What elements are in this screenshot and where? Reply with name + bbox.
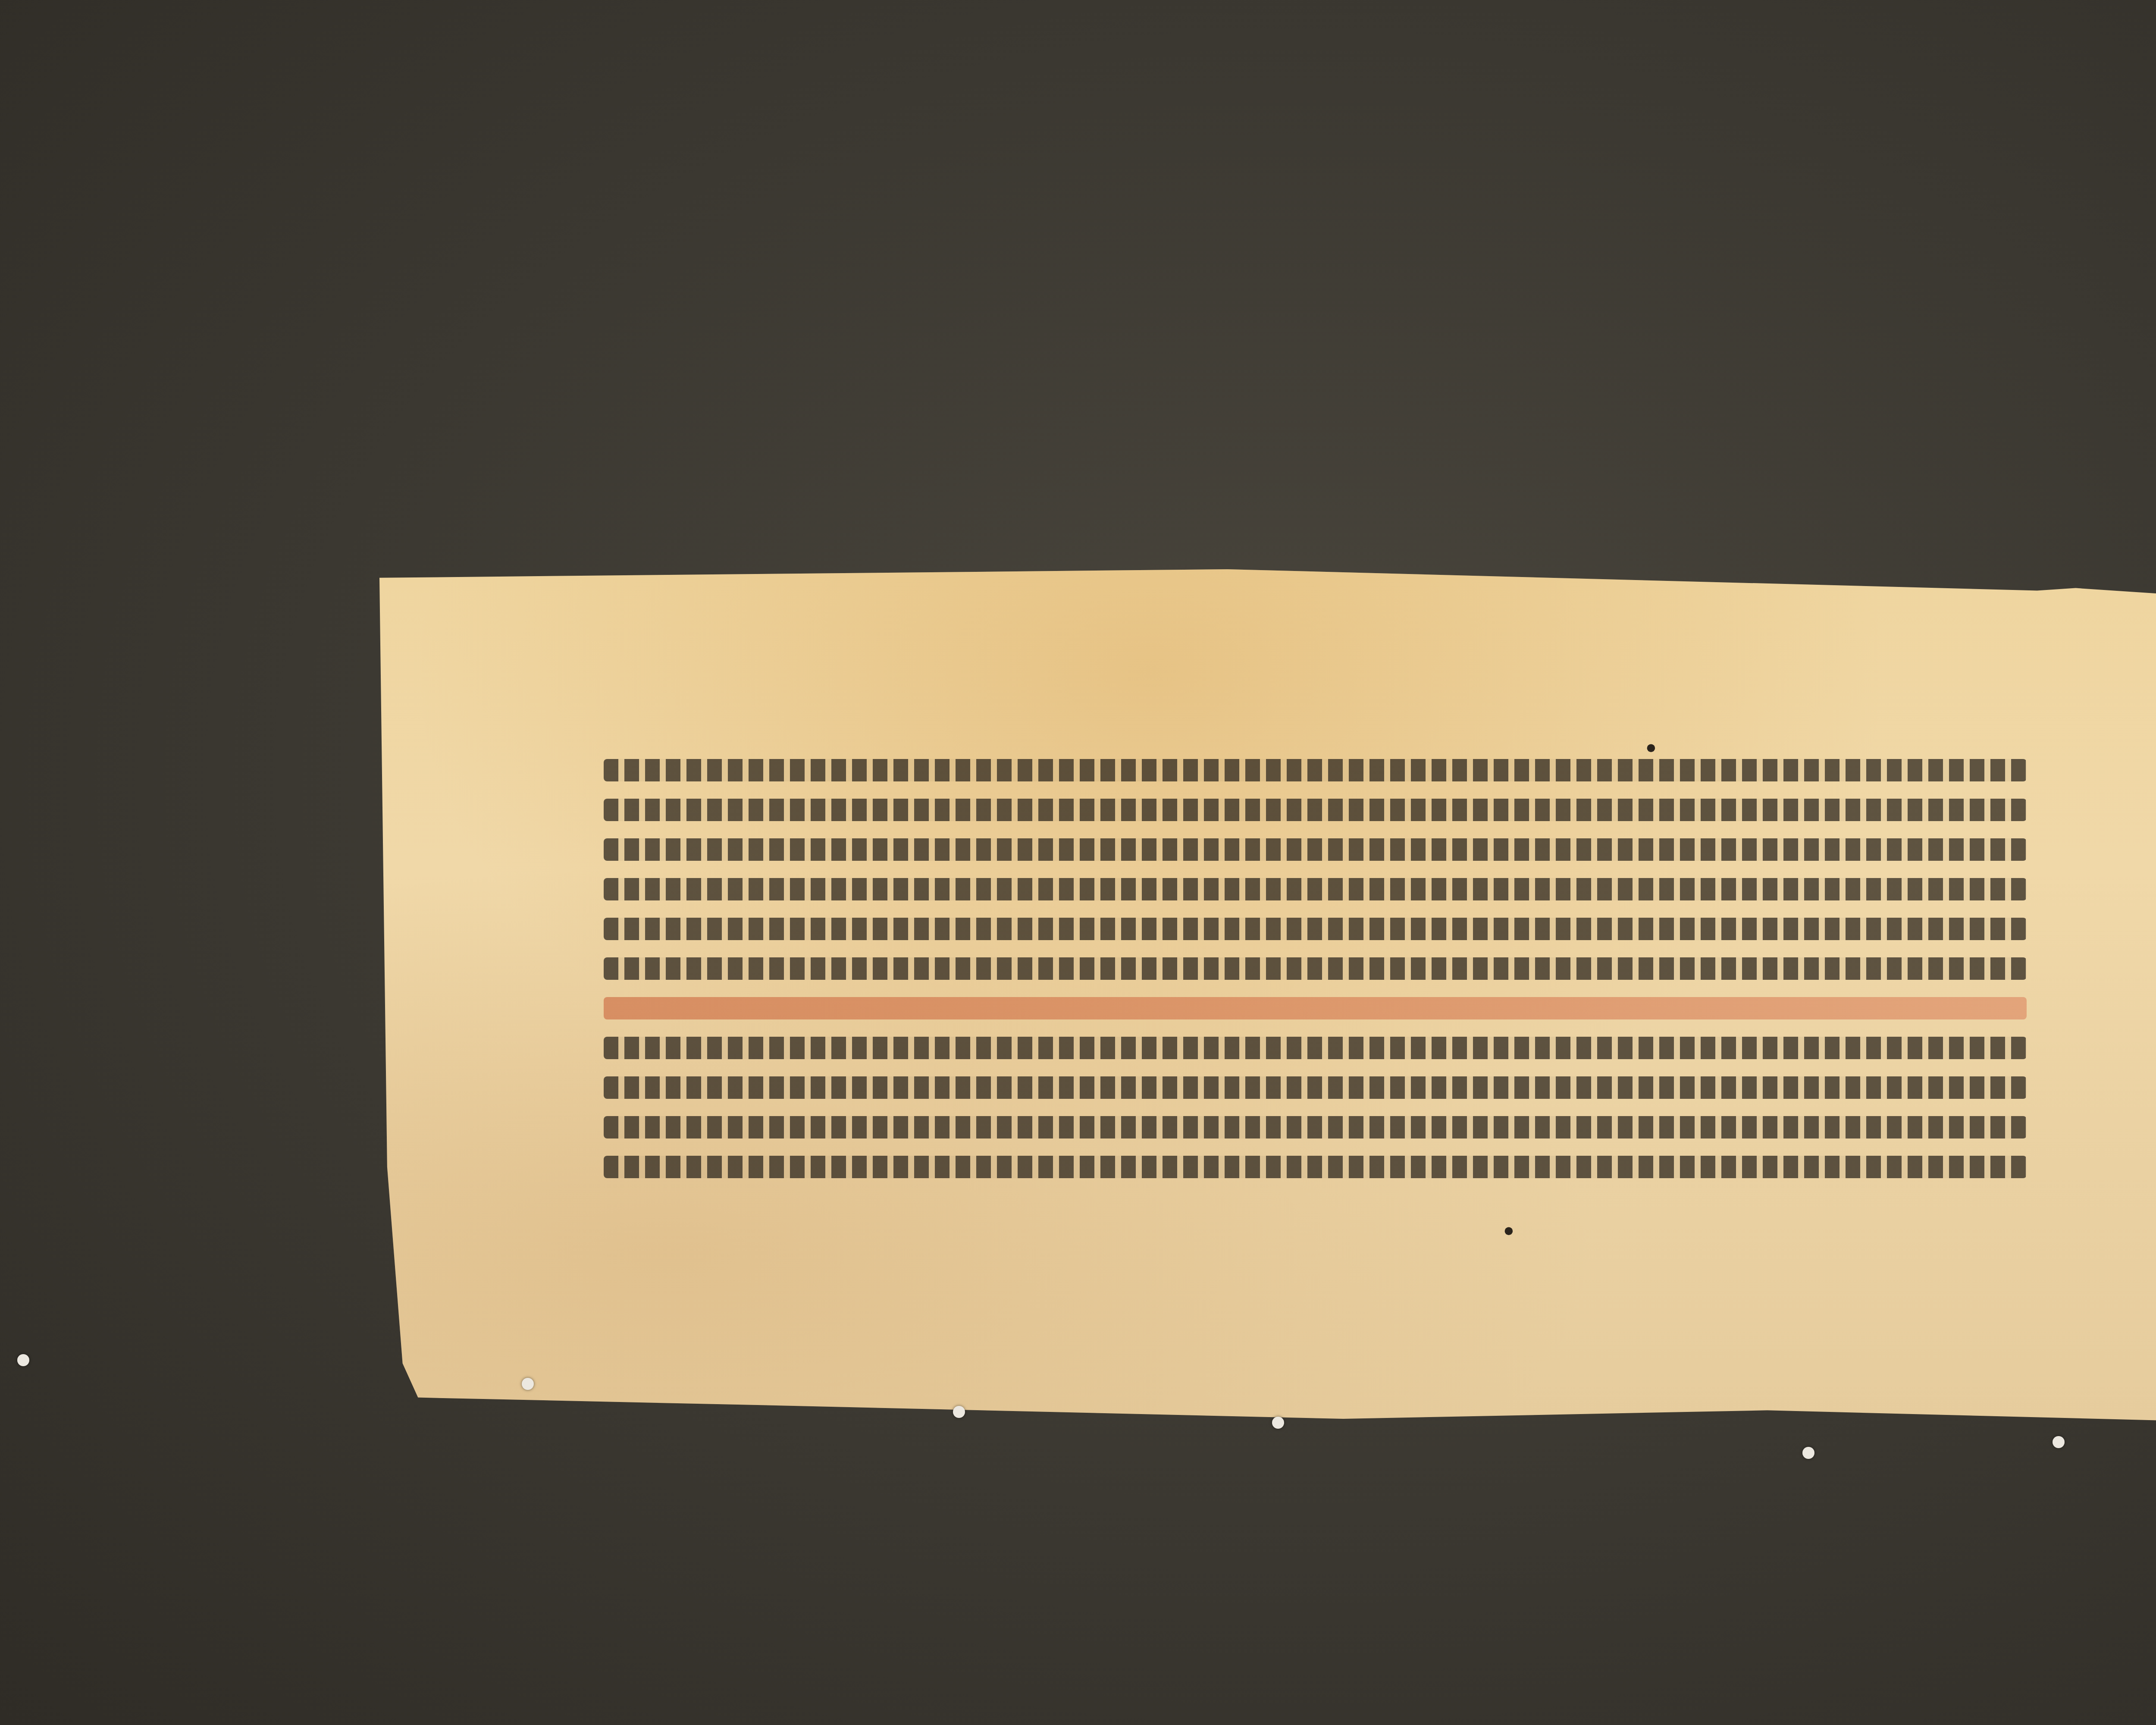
pin	[953, 1406, 965, 1418]
manuscript-lines	[604, 759, 2027, 1195]
manuscript-line	[604, 1156, 2027, 1178]
pin	[17, 1354, 29, 1366]
pin	[1272, 1417, 1284, 1429]
manuscript-line	[604, 957, 2027, 980]
manuscript-line	[604, 1037, 2027, 1059]
pin	[1802, 1447, 1814, 1459]
manuscript-line	[604, 1076, 2027, 1099]
pin	[522, 1378, 534, 1390]
manuscript-folio: • •	[379, 569, 2156, 1423]
manuscript-line	[604, 918, 2027, 940]
manuscript-line	[604, 878, 2027, 900]
bottom-folio-mark: •	[1501, 1216, 1517, 1248]
top-folio-mark: •	[1643, 733, 1659, 765]
manuscript-line	[604, 838, 2027, 861]
manuscript-line	[604, 799, 2027, 821]
pin	[2053, 1436, 2065, 1448]
manuscript-line	[604, 1116, 2027, 1138]
manuscript-line-rubricated	[604, 997, 2027, 1019]
manuscript-line	[604, 759, 2027, 781]
